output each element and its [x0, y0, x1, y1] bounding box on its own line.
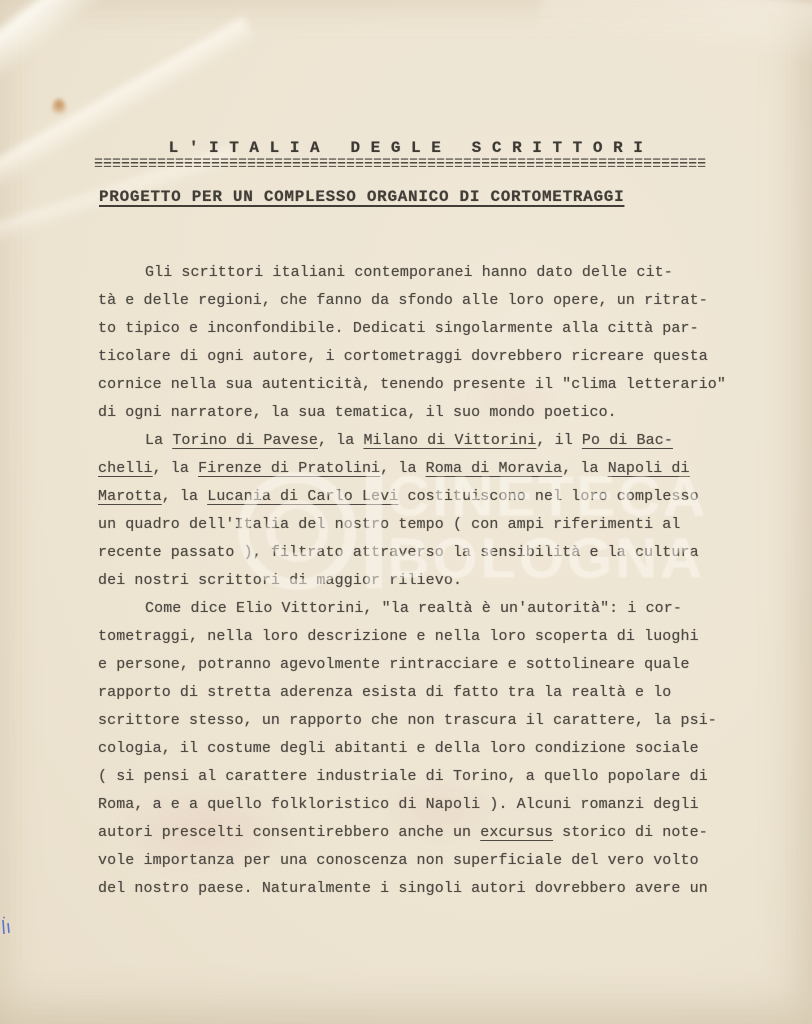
text-segment: rapporto di stretta aderenza esista di f… — [98, 684, 671, 701]
text-segment: , la — [162, 488, 208, 505]
text-line: chelli, la Firenze di Pratolini, la Roma… — [98, 455, 738, 483]
text-segment: Roma, a e a quello folkloristico di Napo… — [98, 796, 699, 813]
underlined-text-segment: Napoli di — [608, 460, 690, 477]
text-line: recente passato ), filtrato attraverso l… — [98, 539, 738, 567]
underlined-text-segment: Po di Bac- — [582, 432, 673, 449]
text-segment: un quadro dell'Italia del nostro tempo (… — [98, 516, 681, 533]
page-title: L ' I T A L I A D E G L E S C R I T T O … — [0, 139, 812, 157]
underlined-text-segment: excursus — [480, 824, 553, 841]
text-line: Come dice Elio Vittorini, "la realtà è u… — [98, 595, 738, 623]
text-line: tometraggi, nella loro descrizione e nel… — [98, 623, 738, 651]
text-segment: recente passato ), filtrato attraverso l… — [98, 544, 699, 561]
text-line: cornice nella sua autenticità, tenendo p… — [98, 371, 738, 399]
underlined-text-segment: Torino di Pavese — [172, 432, 318, 449]
text-segment: di ogni narratore, la sua tematica, il s… — [98, 404, 617, 421]
text-line: Gli scrittori italiani contemporanei han… — [98, 259, 738, 287]
text-segment: cornice nella sua autenticità, tenendo p… — [98, 376, 726, 393]
text-segment: , la — [562, 460, 608, 477]
underlined-text-segment: Roma di Moravia — [426, 460, 563, 477]
underlined-text-segment: Milano di Vittorini — [363, 432, 536, 449]
rust-stain — [52, 98, 66, 118]
text-line: di ogni narratore, la sua tematica, il s… — [98, 399, 738, 427]
page-subtitle: PROGETTO PER UN COMPLESSO ORGANICO DI CO… — [99, 188, 624, 206]
underlined-text-segment: Marotta — [98, 488, 162, 505]
underlined-text-segment: Lucania di Carlo Levi — [207, 488, 398, 505]
text-line: dei nostri scrittori di maggior rilievo. — [98, 567, 738, 595]
text-segment: vole importanza per una conoscenza non s… — [98, 852, 699, 869]
text-segment: La — [145, 432, 172, 449]
text-line: autori prescelti consentirebbero anche u… — [98, 819, 738, 847]
text-segment: , la — [380, 460, 426, 477]
text-line: e persone, potranno agevolmente rintracc… — [98, 651, 738, 679]
text-line: Roma, a e a quello folkloristico di Napo… — [98, 791, 738, 819]
text-segment: costituiscono nel loro complesso — [398, 488, 698, 505]
scanned-typewritten-page: L ' I T A L I A D E G L E S C R I T T O … — [0, 0, 812, 1024]
text-segment: , il — [536, 432, 582, 449]
text-segment: , la — [318, 432, 364, 449]
text-line: ticolare di ogni autore, i cortometraggi… — [98, 343, 738, 371]
title-double-underline: ========================================… — [94, 156, 734, 170]
paper-crease — [538, 0, 812, 66]
paper-crease — [0, 0, 185, 96]
text-segment: , la — [153, 460, 199, 477]
document-body: Gli scrittori italiani contemporanei han… — [98, 259, 738, 903]
text-line: vole importanza per una conoscenza non s… — [98, 847, 738, 875]
text-segment: scrittore stesso, un rapporto che non tr… — [98, 712, 717, 729]
text-segment: Come dice Elio Vittorini, "la realtà è u… — [145, 600, 682, 617]
text-line: to tipico e inconfondibile. Dedicati sin… — [98, 315, 738, 343]
text-line: un quadro dell'Italia del nostro tempo (… — [98, 511, 738, 539]
text-line: ( si pensi al carattere industriale di T… — [98, 763, 738, 791]
text-segment: autori prescelti consentirebbero anche u… — [98, 824, 480, 841]
text-segment: to tipico e inconfondibile. Dedicati sin… — [98, 320, 699, 337]
underlined-text-segment: Firenze di Pratolini — [198, 460, 380, 477]
text-line: La Torino di Pavese, la Milano di Vittor… — [98, 427, 738, 455]
text-line: rapporto di stretta aderenza esista di f… — [98, 679, 738, 707]
text-segment: ticolare di ogni autore, i cortometraggi… — [98, 348, 708, 365]
text-segment: tometraggi, nella loro descrizione e nel… — [98, 628, 699, 645]
text-segment: e persone, potranno agevolmente rintracc… — [98, 656, 690, 673]
underlined-text-segment: chelli — [98, 460, 153, 477]
text-segment: cologia, il costume degli abitanti e del… — [98, 740, 699, 757]
text-line: del nostro paese. Naturalmente i singoli… — [98, 875, 738, 903]
text-segment: del nostro paese. Naturalmente i singoli… — [98, 880, 708, 897]
text-line: Marotta, la Lucania di Carlo Levi costit… — [98, 483, 738, 511]
text-segment: dei nostri scrittori di maggior rilievo. — [98, 572, 462, 589]
text-line: cologia, il costume degli abitanti e del… — [98, 735, 738, 763]
text-segment: tà e delle regioni, che fanno da sfondo … — [98, 292, 708, 309]
text-line: scrittore stesso, un rapporto che non tr… — [98, 707, 738, 735]
text-line: tà e delle regioni, che fanno da sfondo … — [98, 287, 738, 315]
text-segment: storico di note- — [553, 824, 708, 841]
text-segment: ( si pensi al carattere industriale di T… — [98, 768, 708, 785]
handwritten-ink-mark — [0, 914, 16, 940]
text-segment: Gli scrittori italiani contemporanei han… — [145, 264, 673, 281]
